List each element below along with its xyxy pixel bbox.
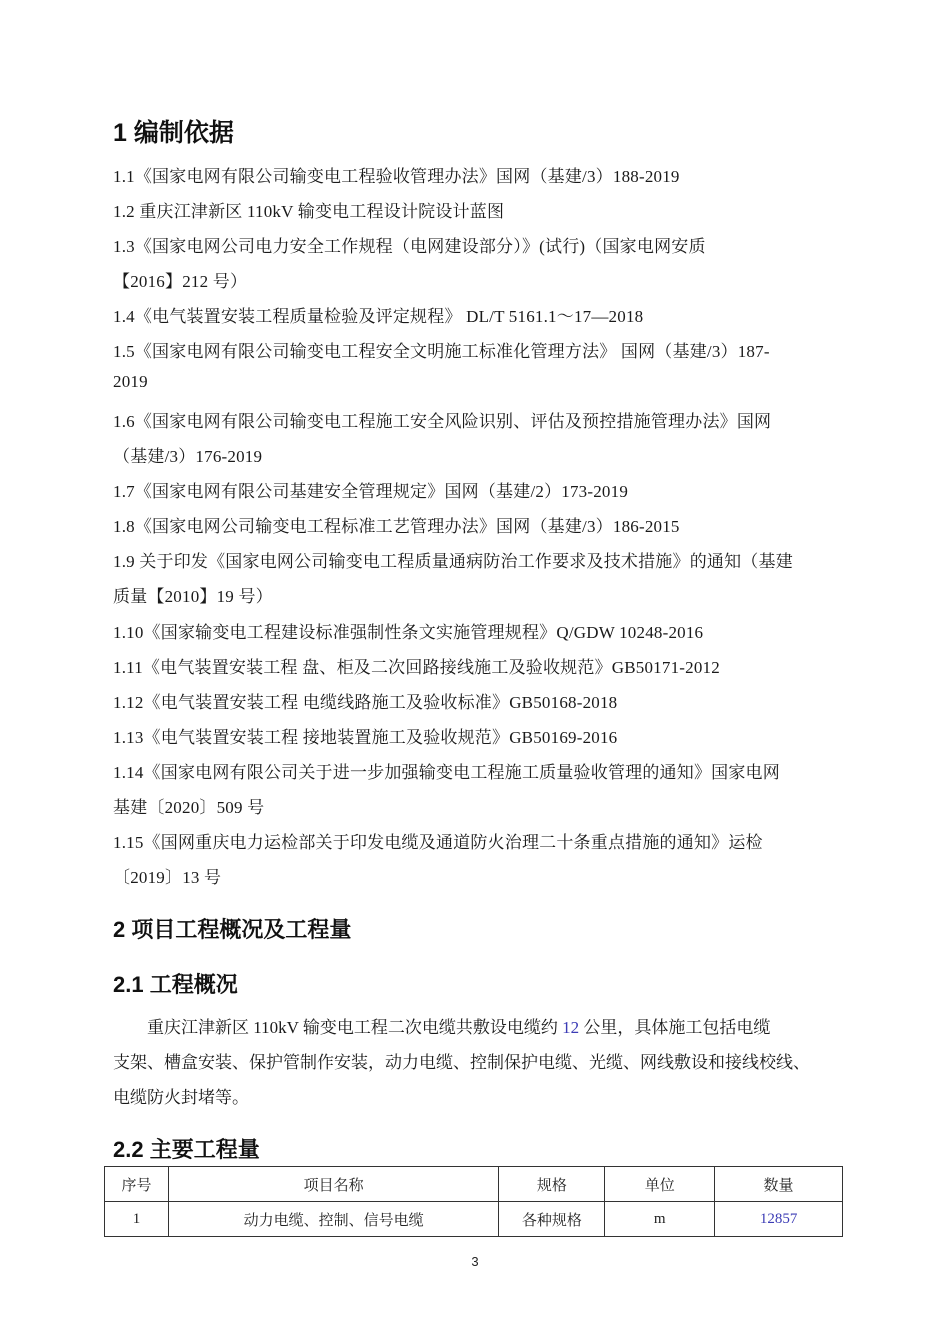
reference-line: 1.1《国家电网有限公司输变电工程验收管理办法》国网（基建/3）188-2019 (113, 162, 680, 187)
cell-index: 1 (105, 1202, 169, 1237)
reference-line: 【2016】212 号） (113, 267, 247, 292)
reference-line: 1.6《国家电网有限公司输变电工程施工安全风险识别、评估及预控措施管理办法》国网 (113, 407, 771, 432)
reference-line: 1.4《电气装置安装工程质量检验及评定规程》 DL/T 5161.1～17—20… (113, 302, 643, 327)
paragraph-text: 重庆江津新区 110kV 输变电工程二次电缆共敷设电缆约 (147, 1018, 562, 1037)
reference-line: 1.8《国家电网公司输变电工程标准工艺管理办法》国网（基建/3）186-2015 (113, 512, 680, 537)
reference-line: 1.2 重庆江津新区 110kV 输变电工程设计院设计蓝图 (113, 197, 504, 222)
reference-line: 1.9 关于印发《国家电网公司输变电工程质量通病防治工作要求及技术措施》的通知（… (113, 547, 793, 572)
reference-line: 2019 (113, 372, 148, 392)
header-spec: 规格 (499, 1167, 605, 1202)
header-quantity: 数量 (715, 1167, 843, 1202)
reference-line: （基建/3）176-2019 (113, 442, 262, 467)
cell-item-name: 动力电缆、控制、信号电缆 (168, 1202, 499, 1237)
table-row: 1 动力电缆、控制、信号电缆 各种规格 m 12857 (105, 1202, 843, 1237)
section-2-1-heading: 2.1 工程概况 (113, 968, 238, 999)
section-1-heading: 1 编制依据 (113, 113, 234, 149)
document-page: 1 编制依据 1.1《国家电网有限公司输变电工程验收管理办法》国网（基建/3）1… (0, 0, 950, 1344)
reference-line: 1.13《电气装置安装工程 接地装置施工及验收规范》GB50169-2016 (113, 723, 617, 748)
cell-unit: m (605, 1202, 715, 1237)
section-2-2-heading: 2.2 主要工程量 (113, 1133, 260, 1164)
reference-line: 1.7《国家电网有限公司基建安全管理规定》国网（基建/2）173-2019 (113, 477, 628, 502)
reference-line: 1.10《国家输变电工程建设标准强制性条文实施管理规程》Q/GDW 10248-… (113, 618, 703, 643)
section-2-heading: 2 项目工程概况及工程量 (113, 913, 351, 944)
reference-line: 1.15《国网重庆电力运检部关于印发电缆及通道防火治理二十条重点措施的通知》运检 (113, 828, 763, 853)
cable-length-value: 12 (562, 1018, 579, 1037)
reference-line: 1.12《电气装置安装工程 电缆线路施工及验收标准》GB50168-2018 (113, 688, 617, 713)
paragraph-line: 电缆防火封堵等。 (113, 1083, 249, 1108)
reference-line: 1.3《国家电网公司电力安全工作规程（电网建设部分）》(试行)（国家电网安质 (113, 232, 706, 257)
paragraph-text: 公里，具体施工包括电缆 (579, 1018, 770, 1037)
header-item-name: 项目名称 (168, 1167, 499, 1202)
paragraph-line: 重庆江津新区 110kV 输变电工程二次电缆共敷设电缆约 12 公里，具体施工包… (147, 1013, 770, 1038)
page-number: 3 (0, 1254, 950, 1269)
reference-line: 1.11《电气装置安装工程 盘、柜及二次回路接线施工及验收规范》GB50171-… (113, 653, 720, 678)
table-header-row: 序号 项目名称 规格 单位 数量 (105, 1167, 843, 1202)
quantity-table: 序号 项目名称 规格 单位 数量 1 动力电缆、控制、信号电缆 各种规格 m 1… (104, 1166, 843, 1237)
reference-line: 1.14《国家电网有限公司关于进一步加强输变电工程施工质量验收管理的通知》国家电… (113, 758, 780, 783)
cell-spec: 各种规格 (499, 1202, 605, 1237)
header-index: 序号 (105, 1167, 169, 1202)
reference-line: 1.5《国家电网有限公司输变电工程安全文明施工标准化管理方法》 国网（基建/3）… (113, 337, 770, 362)
reference-line: 质量【2010】19 号） (113, 582, 273, 607)
reference-line: 基建〔2020〕509 号 (113, 793, 264, 818)
paragraph-line: 支架、槽盒安装、保护管制作安装，动力电缆、控制保护电缆、光缆、网线敷设和接线校线… (113, 1048, 810, 1073)
header-unit: 单位 (605, 1167, 715, 1202)
cell-quantity: 12857 (715, 1202, 843, 1237)
reference-line: 〔2019〕13 号 (113, 863, 221, 888)
